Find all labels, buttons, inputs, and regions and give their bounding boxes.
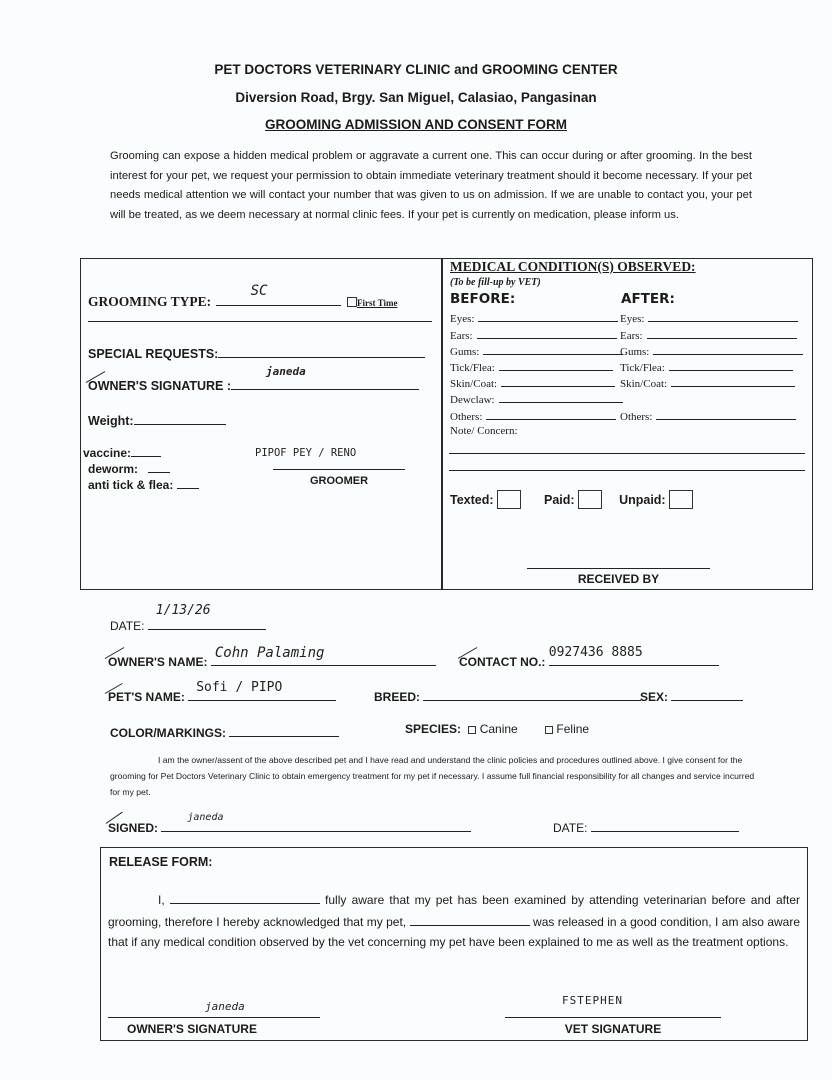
consent-paragraph: I am the owner/assent of the above descr… [110, 752, 755, 800]
medical-before-row: Dewclaw: [450, 391, 623, 406]
medical-after-field[interactable] [656, 408, 796, 420]
owner-signature-row: OWNER'S SIGNATURE : janeda [88, 375, 419, 393]
status-row: Texted: Paid: Unpaid: [450, 490, 693, 509]
signed-field[interactable]: janeda [161, 817, 471, 832]
special-requests-row: SPECIAL REQUESTS: [88, 343, 425, 361]
signed-row: SIGNED: janeda [108, 817, 471, 835]
owner-signature-value: janeda [266, 365, 306, 378]
pet-name-field[interactable]: Sofi / PIPO [188, 686, 336, 701]
owner-name-value: Cohn Palaming [215, 645, 325, 661]
feline-label: Feline [556, 722, 589, 736]
date-field[interactable]: 1/13/26 [148, 615, 266, 630]
medical-before-field[interactable] [499, 391, 623, 403]
received-by-label: RECEIVED BY [527, 572, 710, 586]
medical-before-label: Ears: [450, 330, 473, 342]
paid-checkbox[interactable] [578, 490, 602, 509]
consent-date-label: DATE: [553, 821, 587, 835]
form-title: GROOMING ADMISSION AND CONSENT FORM [0, 117, 832, 132]
feline-checkbox[interactable] [545, 726, 553, 734]
medical-before-label: Tick/Flea: [450, 362, 495, 374]
grooming-type-value: SC [251, 283, 268, 299]
release-owner-signature-value: janeda [205, 1000, 245, 1013]
signed-value: janeda [187, 812, 223, 823]
before-label: BEFORE: [450, 291, 515, 307]
medical-after-field[interactable] [653, 343, 803, 355]
anti-tick-field[interactable] [177, 474, 199, 489]
note-line-2[interactable] [449, 470, 805, 471]
medical-before-field[interactable] [478, 310, 618, 322]
color-label: COLOR/MARKINGS: [110, 726, 226, 740]
medical-before-field[interactable] [477, 327, 617, 339]
grooming-type-label: GROOMING TYPE: [88, 294, 211, 309]
clinic-name: PET DOCTORS VETERINARY CLINIC and GROOMI… [0, 62, 832, 77]
vet-signature-line[interactable] [505, 1017, 721, 1018]
medical-after-label: Tick/Flea: [620, 362, 665, 374]
signed-label: SIGNED: [108, 821, 158, 835]
medical-after-row: Tick/Flea: [620, 359, 793, 374]
medical-after-row: Skin/Coat: [620, 375, 795, 390]
release-owner-signature-line[interactable] [108, 1017, 320, 1018]
release-title: RELEASE FORM: [109, 855, 212, 869]
received-by-line[interactable] [527, 568, 710, 569]
medical-subtitle: (To be fill-up by VET) [450, 277, 541, 288]
date-label: DATE: [110, 619, 144, 633]
note-label: Note/ Concern: [450, 425, 518, 437]
groomer-value: PIPOF PEY / RENO [255, 447, 356, 459]
owner-name-row: OWNER'S NAME: Cohn Palaming [108, 651, 436, 669]
medical-after-row: Others: [620, 408, 796, 423]
color-field[interactable] [229, 722, 339, 737]
species-row: SPECIES: Canine Feline [405, 722, 589, 736]
texted-checkbox[interactable] [497, 490, 521, 509]
date-value: 1/13/26 [156, 603, 211, 618]
contact-field[interactable]: 0927436 8885 [549, 651, 719, 666]
special-requests-label: SPECIAL REQUESTS: [88, 347, 218, 361]
release-paragraph: I, fully aware that my pet has been exam… [108, 889, 800, 953]
species-label: SPECIES: [405, 722, 461, 736]
first-time-checkbox[interactable] [347, 297, 357, 307]
deworm-field[interactable] [148, 458, 170, 473]
anti-tick-row: anti tick & flea: [88, 474, 199, 492]
texted-label: Texted: [450, 493, 494, 507]
medical-after-label: Others: [620, 411, 652, 423]
medical-before-row: Eyes: [450, 310, 618, 325]
medical-after-field[interactable] [671, 375, 795, 387]
owner-name-label: OWNER'S NAME: [108, 655, 208, 669]
owner-signature-field[interactable]: janeda [231, 375, 419, 390]
intro-paragraph: Grooming can expose a hidden medical pro… [110, 147, 752, 225]
medical-title: MEDICAL CONDITION(S) OBSERVED: [450, 259, 696, 275]
breed-field[interactable] [423, 686, 641, 701]
medical-before-field[interactable] [486, 408, 616, 420]
consent-date-field[interactable] [591, 817, 739, 832]
date-row: DATE: 1/13/26 [110, 615, 266, 633]
consent-date-row: DATE: [553, 817, 739, 835]
breed-row: BREED: [374, 686, 641, 704]
anti-tick-label: anti tick & flea: [88, 478, 173, 492]
medical-before-field[interactable] [499, 359, 613, 371]
release-owner-name-field[interactable] [170, 889, 320, 904]
clinic-address: Diversion Road, Brgy. San Miguel, Calasi… [0, 90, 832, 105]
unpaid-label: Unpaid: [619, 493, 666, 507]
medical-after-field[interactable] [647, 327, 797, 339]
medical-before-label: Dewclaw: [450, 394, 495, 406]
unpaid-checkbox[interactable] [669, 490, 693, 509]
medical-before-row: Gums: [450, 343, 623, 358]
medical-before-field[interactable] [501, 375, 615, 387]
release-owner-signature-label: OWNER'S SIGNATURE [127, 1022, 257, 1036]
groomer-line[interactable] [273, 469, 405, 470]
pet-name-label: PET'S NAME: [108, 690, 185, 704]
medical-before-label: Others: [450, 411, 482, 423]
special-requests-field[interactable] [218, 343, 425, 358]
note-line-1[interactable] [449, 453, 805, 454]
breed-label: BREED: [374, 690, 420, 704]
medical-after-field[interactable] [669, 359, 793, 371]
first-time-label: First Time [357, 298, 397, 308]
grooming-type-field[interactable]: SC [216, 291, 341, 306]
grooming-type-row: GROOMING TYPE: SC First Time [88, 291, 428, 311]
pet-name-row: PET'S NAME: Sofi / PIPO [108, 686, 336, 704]
paid-label: Paid: [544, 493, 575, 507]
medical-after-row: Eyes: [620, 310, 798, 325]
medical-before-row: Skin/Coat: [450, 375, 615, 390]
medical-after-label: Gums: [620, 346, 649, 358]
pet-name-value: Sofi / PIPO [196, 680, 282, 695]
medical-before-label: Gums: [450, 346, 479, 358]
medical-after-label: Skin/Coat: [620, 378, 667, 390]
weight-row: Weight: [88, 410, 226, 428]
sex-row: SEX: [640, 686, 743, 704]
vet-signature-label: VET SIGNATURE [505, 1022, 721, 1036]
medical-before-field[interactable] [483, 343, 623, 355]
box-divider [441, 258, 443, 590]
after-label: AFTER: [621, 291, 675, 307]
grooming-extra-line[interactable] [88, 321, 432, 322]
sex-field[interactable] [671, 686, 743, 701]
sex-label: SEX: [640, 690, 668, 704]
medical-after-row: Ears: [620, 327, 797, 342]
weight-field[interactable] [134, 410, 226, 425]
release-pet-name-field[interactable] [410, 911, 530, 926]
medical-before-row: Ears: [450, 327, 617, 342]
weight-label: Weight: [88, 414, 134, 428]
medical-before-row: Tick/Flea: [450, 359, 613, 374]
color-row: COLOR/MARKINGS: [110, 722, 339, 740]
medical-after-field[interactable] [648, 310, 798, 322]
owner-name-field[interactable]: Cohn Palaming [211, 651, 436, 666]
medical-before-row: Others: [450, 408, 616, 423]
medical-after-label: Ears: [620, 330, 643, 342]
medical-after-row: Gums: [620, 343, 803, 358]
owner-signature-label: OWNER'S SIGNATURE : [88, 379, 231, 393]
contact-label: CONTACT NO.: [459, 655, 545, 669]
medical-before-label: Skin/Coat: [450, 378, 497, 390]
medical-before-label: Eyes: [450, 313, 474, 325]
canine-checkbox[interactable] [468, 726, 476, 734]
groomer-label: GROOMER [273, 475, 405, 487]
canine-label: Canine [480, 722, 518, 736]
medical-after-label: Eyes: [620, 313, 644, 325]
vet-signature-value: FSTEPHEN [562, 994, 623, 1007]
contact-value: 0927436 8885 [549, 645, 643, 660]
vaccine-field[interactable] [131, 442, 161, 457]
contact-row: CONTACT NO.: 0927436 8885 [459, 651, 719, 669]
